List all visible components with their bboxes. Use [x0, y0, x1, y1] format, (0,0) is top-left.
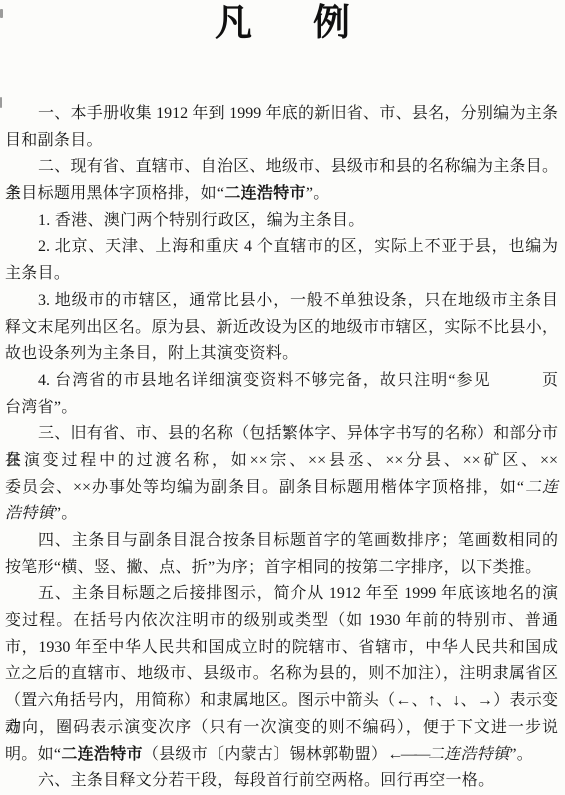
text-segment: （县级市〔内蒙古〕锡林郭勒盟） [143, 746, 388, 763]
document-body: 一、本手册收集 1912 年到 1999 年底的新旧省、市、县名，分别编为主条目… [5, 101, 558, 795]
text-line: 一、本手册收集 1912 年到 1999 年底的新旧省、市、县名，分别编为主条 [5, 101, 558, 128]
text-segment: 方向，圈码表示演变次序（只有一次演变的则不编码），便于下文进一步说 [5, 719, 558, 736]
page-title: 凡 例 [0, 0, 565, 46]
text-segment: 3. 地级市的市辖区，通常比县小，一般不单独设条，只在地级市主条目 [38, 292, 558, 309]
text-segment: 六、主条目释文分若干段，每段首行前空两格。回行再空一格。 [38, 772, 494, 789]
text-line: 浩特镇”。 [5, 501, 558, 528]
text-line: 变过程。在括号内依次注明市的级别或类型（如 1930 年前的特别市、普通 [5, 608, 558, 635]
scanned-book-page: 凡 例 一、本手册收集 1912 年到 1999 年底的新旧省、市、县名，分别编… [0, 0, 565, 795]
text-segment: 立之后的直辖市、地级市、县级市。名称为县的，则不加注），注明隶属省区 [5, 665, 558, 682]
text-segment: 在演变过程中的过渡名称，如××宗、××县丞、××分县、××矿区、×× [5, 452, 558, 469]
bold-heiti-term: 二连浩特市 [61, 746, 143, 763]
text-line: 按笔形“横、竖、撇、点、折”为序；首字相同的按第二字排序，以下类推。 [5, 555, 558, 582]
text-segment: ”。 [509, 746, 533, 763]
text-segment: 五、主条目标题之后接排图示，简介从 1912 年至 1999 年底该地名的演 [38, 585, 558, 602]
kaiti-term: 二连 [524, 479, 558, 496]
bold-heiti-term: 二连浩特市 [224, 185, 306, 202]
text-segment: 委员会、××办事处等均编为副条目。副条目标题用楷体字顶格排，如“ [5, 479, 524, 496]
text-segment: 明。如“ [5, 746, 61, 763]
text-line: 2. 北京、天津、上海和重庆 4 个直辖市的区，实际上不亚于县，也编为 [5, 234, 558, 261]
text-line: 五、主条目标题之后接排图示，简介从 1912 年至 1999 年底该地名的演 [5, 581, 558, 608]
text-line: 二、现有省、直辖市、自治区、地级市、县级市和县的名称编为主条目。主 [5, 154, 558, 181]
text-line: 四、主条目与副条目混合按条目标题首字的笔画数排序；笔画数相同的 [5, 528, 558, 555]
text-segment: 一、本手册收集 1912 年到 1999 年底的新旧省、市、县名，分别编为主条 [38, 105, 558, 122]
text-segment: ”。 [306, 185, 330, 202]
text-line: （置六角括号内，用简称）和隶属地区。图示中箭头（←、↑、↓、→）表示变动 [5, 688, 558, 715]
text-line: 目和副条目。 [5, 128, 558, 155]
text-segment: 2. 北京、天津、上海和重庆 4 个直辖市的区，实际上不亚于县，也编为 [38, 238, 558, 255]
text-segment: 市，1930 年至中华人民共和国成立时的院辖市、省辖市，中华人民共和国成 [5, 639, 558, 656]
text-line: 3. 地级市的市辖区，通常比县小，一般不单独设条，只在地级市主条目 [5, 288, 558, 315]
text-segment: 主条目。 [5, 265, 70, 282]
text-segment: 目和副条目。 [5, 132, 103, 149]
text-line: 1. 香港、澳门两个特别行政区，编为主条目。 [5, 208, 558, 235]
text-segment: 故也设条列为主条目，附上其演变资料。 [5, 345, 298, 362]
text-line: 主条目。 [5, 261, 558, 288]
text-segment: 四、主条目与副条目混合按条目标题首字的笔画数排序；笔画数相同的 [38, 532, 558, 549]
text-line: 在演变过程中的过渡名称，如××宗、××县丞、××分县、××矿区、×× [5, 448, 558, 475]
text-segment: 按笔形“横、竖、撇、点、折”为序；首字相同的按第二字排序，以下类推。 [5, 559, 541, 576]
text-line: 释文末尾列出区名。原为县、新近改设为区的地级市市辖区，实际不比县小， [5, 315, 558, 342]
text-line: 委员会、××办事处等均编为副条目。副条目标题用楷体字顶格排，如“二连 [5, 475, 558, 502]
text-line: 市，1930 年至中华人民共和国成立时的院辖市、省辖市，中华人民共和国成 [5, 635, 558, 662]
text-line: 条目标题用黑体字顶格排，如“二连浩特市”。 [5, 181, 558, 208]
text-line: 三、旧有省、市、县的名称（包括繁体字、异体字书写的名称）和部分市县 [5, 421, 558, 448]
text-segment: 条目标题用黑体字顶格排，如“ [5, 185, 224, 202]
kaiti-term: 浩特镇 [5, 505, 54, 522]
text-segment: 变过程。在括号内依次注明市的级别或类型（如 1930 年前的特别市、普通 [5, 612, 558, 629]
text-segment: 1. 香港、澳门两个特别行政区，编为主条目。 [38, 212, 365, 229]
text-line: 故也设条列为主条目，附上其演变资料。 [5, 341, 558, 368]
text-segment: ”。 [54, 505, 78, 522]
text-line: 明。如“二连浩特市（县级市〔内蒙古〕锡林郭勒盟）←——二连浩特镇”。 [5, 742, 558, 769]
text-line: 台湾省”。 [5, 395, 558, 422]
text-line: 4. 台湾省的市县地名详细演变资料不够完备，故只注明“参见 页 [5, 368, 558, 395]
text-segment: 4. 台湾省的市县地名详细演变资料不够完备，故只注明“参见 页 [38, 372, 558, 389]
text-segment: 台湾省”。 [5, 399, 78, 416]
text-segment: 释文末尾列出区名。原为县、新近改设为区的地级市市辖区，实际不比县小， [5, 319, 558, 336]
text-line: 方向，圈码表示演变次序（只有一次演变的则不编码），便于下文进一步说 [5, 715, 558, 742]
left-arrow-symbol: ←—— [387, 746, 428, 763]
kaiti-term: 二连浩特镇 [428, 746, 510, 763]
text-line: 六、主条目释文分若干段，每段首行前空两格。回行再空一格。 [5, 768, 558, 795]
scan-artifact [0, 97, 2, 108]
text-line: 立之后的直辖市、地级市、县级市。名称为县的，则不加注），注明隶属省区 [5, 661, 558, 688]
